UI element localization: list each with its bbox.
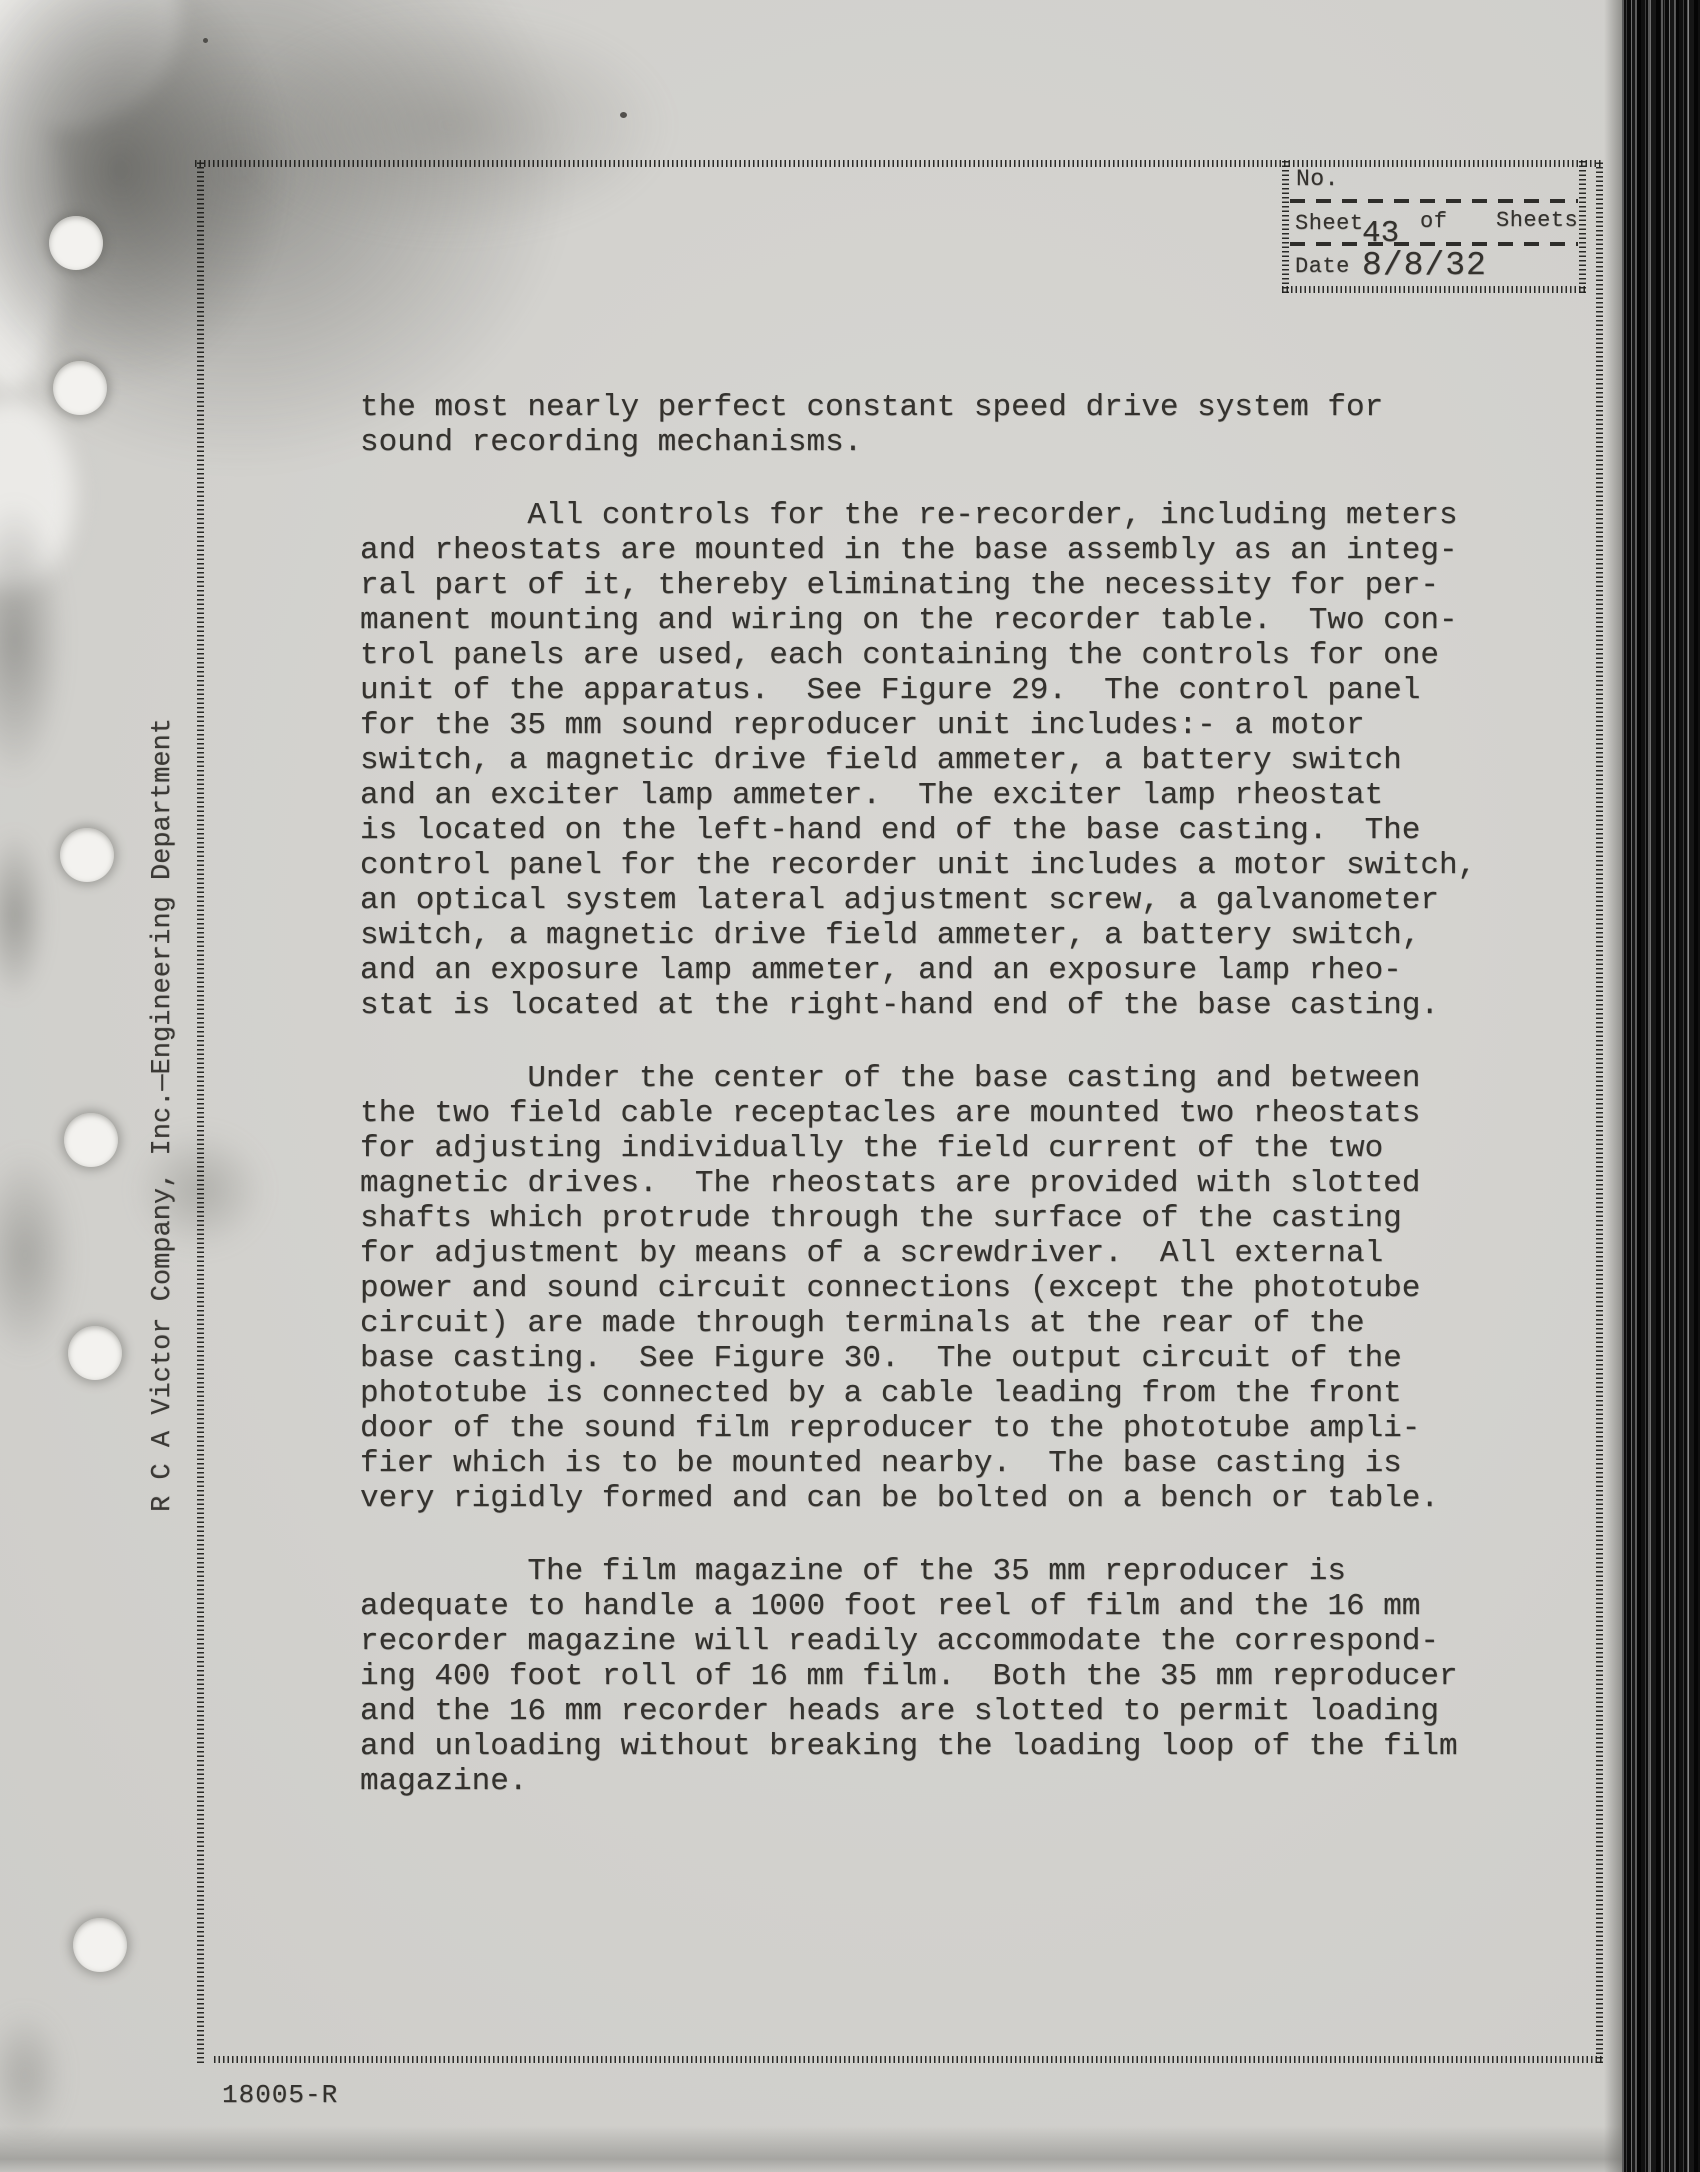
typed-line: ral part of it, thereby eliminating the … bbox=[360, 568, 1476, 603]
sheet-info-box-border-left bbox=[1282, 160, 1289, 293]
typed-line: magnetic drives. The rheostats are provi… bbox=[360, 1166, 1476, 1201]
company-imprint-vertical: R C A Victor Company, Inc.—Engineering D… bbox=[148, 718, 178, 1512]
water-stain bbox=[0, 0, 290, 390]
typed-line: and the 16 mm recorder heads are slotted… bbox=[360, 1694, 1476, 1729]
sheets-label: Sheets bbox=[1496, 208, 1578, 233]
typed-line: ing 400 foot roll of 16 mm film. Both th… bbox=[360, 1659, 1476, 1694]
typed-line: and an exposure lamp ammeter, and an exp… bbox=[360, 953, 1476, 988]
date-label: Date bbox=[1295, 254, 1350, 279]
typed-line: the most nearly perfect constant speed d… bbox=[360, 390, 1476, 425]
body-text: the most nearly perfect constant speed d… bbox=[360, 390, 1476, 1799]
stacked-pages-edge bbox=[1622, 0, 1700, 2172]
typed-line: stat is located at the right-hand end of… bbox=[360, 988, 1476, 1023]
typed-line: door of the sound film reproducer to the… bbox=[360, 1411, 1476, 1446]
typed-line: very rigidly formed and can be bolted on… bbox=[360, 1481, 1476, 1516]
date-value: 8/8/32 bbox=[1362, 247, 1487, 284]
typed-line: unit of the apparatus. See Figure 29. Th… bbox=[360, 673, 1476, 708]
typed-line: trol panels are used, each containing th… bbox=[360, 638, 1476, 673]
typed-line: manent mounting and wiring on the record… bbox=[360, 603, 1476, 638]
paragraph: All controls for the re-recorder, includ… bbox=[360, 498, 1476, 1023]
dashed-separator bbox=[1290, 242, 1578, 246]
typed-line: recorder magazine will readily accommoda… bbox=[360, 1624, 1476, 1659]
typed-line: base casting. See Figure 30. The output … bbox=[360, 1341, 1476, 1376]
paragraph: The film magazine of the 35 mm reproduce… bbox=[360, 1554, 1476, 1799]
form-number: 18005-R bbox=[222, 2080, 338, 2110]
punch-hole bbox=[73, 1918, 127, 1972]
water-stain bbox=[0, 500, 65, 780]
punch-hole bbox=[64, 1113, 118, 1167]
typed-line: Under the center of the base casting and… bbox=[360, 1061, 1476, 1096]
paragraph: the most nearly perfect constant speed d… bbox=[360, 390, 1476, 460]
sheet-info-box-border-bottom bbox=[1282, 286, 1586, 293]
typed-line: and rheostats are mounted in the base as… bbox=[360, 533, 1476, 568]
sheet-info-box-border-right bbox=[1579, 160, 1586, 293]
typed-line: sound recording mechanisms. bbox=[360, 425, 1476, 460]
bottom-edge-shadow bbox=[0, 2126, 1622, 2172]
sheet-info-box: No. Sheet 43 of Sheets Date 8/8/32 bbox=[1282, 160, 1586, 293]
typed-line: for the 35 mm sound reproducer unit incl… bbox=[360, 708, 1476, 743]
punch-hole bbox=[60, 828, 114, 882]
paragraph: Under the center of the base casting and… bbox=[360, 1061, 1476, 1516]
typed-line: for adjusting individually the field cur… bbox=[360, 1131, 1476, 1166]
typed-line: magazine. bbox=[360, 1764, 1476, 1799]
page-border-right bbox=[1596, 160, 1603, 2063]
sheet-label: Sheet bbox=[1295, 211, 1364, 236]
typed-line: fier which is to be mounted nearby. The … bbox=[360, 1446, 1476, 1481]
torn-edge-white-area bbox=[0, 0, 180, 130]
typed-line: is located on the left-hand end of the b… bbox=[360, 813, 1476, 848]
punch-hole bbox=[53, 361, 107, 415]
water-stain bbox=[0, 2010, 65, 2140]
typed-line: switch, a magnetic drive field ammeter, … bbox=[360, 743, 1476, 778]
typed-line: shafts which protrude through the surfac… bbox=[360, 1201, 1476, 1236]
water-stain bbox=[0, 1150, 75, 1360]
page-border-bottom bbox=[214, 2056, 1602, 2063]
of-label: of bbox=[1420, 209, 1447, 234]
water-stain bbox=[230, 10, 670, 240]
punch-hole bbox=[68, 1326, 122, 1380]
dashed-separator bbox=[1290, 199, 1578, 203]
page-border-left bbox=[197, 160, 204, 2063]
typed-line: circuit) are made through terminals at t… bbox=[360, 1306, 1476, 1341]
punch-hole bbox=[49, 216, 103, 270]
typed-line: for adjustment by means of a screwdriver… bbox=[360, 1236, 1476, 1271]
scanned-document-page: No. Sheet 43 of Sheets Date 8/8/32 the m… bbox=[0, 0, 1700, 2172]
typed-line: switch, a magnetic drive field ammeter, … bbox=[360, 918, 1476, 953]
typed-line: the two field cable receptacles are moun… bbox=[360, 1096, 1476, 1131]
typed-line: power and sound circuit connections (exc… bbox=[360, 1271, 1476, 1306]
typed-line: phototube is connected by a cable leadin… bbox=[360, 1376, 1476, 1411]
typed-line: control panel for the recorder unit incl… bbox=[360, 848, 1476, 883]
no-label: No. bbox=[1296, 166, 1339, 192]
typed-line: and unloading without breaking the loadi… bbox=[360, 1729, 1476, 1764]
water-stain bbox=[0, 830, 48, 1000]
typed-line: and an exciter lamp ammeter. The exciter… bbox=[360, 778, 1476, 813]
ink-speck bbox=[620, 112, 627, 118]
typed-line: All controls for the re-recorder, includ… bbox=[360, 498, 1476, 533]
paper-edge-shadow bbox=[1604, 0, 1622, 2172]
typed-line: an optical system lateral adjustment scr… bbox=[360, 883, 1476, 918]
typed-line: The film magazine of the 35 mm reproduce… bbox=[360, 1554, 1476, 1589]
ink-speck bbox=[203, 38, 208, 43]
typed-line: adequate to handle a 1000 foot reel of f… bbox=[360, 1589, 1476, 1624]
torn-edge-white-area bbox=[0, 400, 75, 590]
